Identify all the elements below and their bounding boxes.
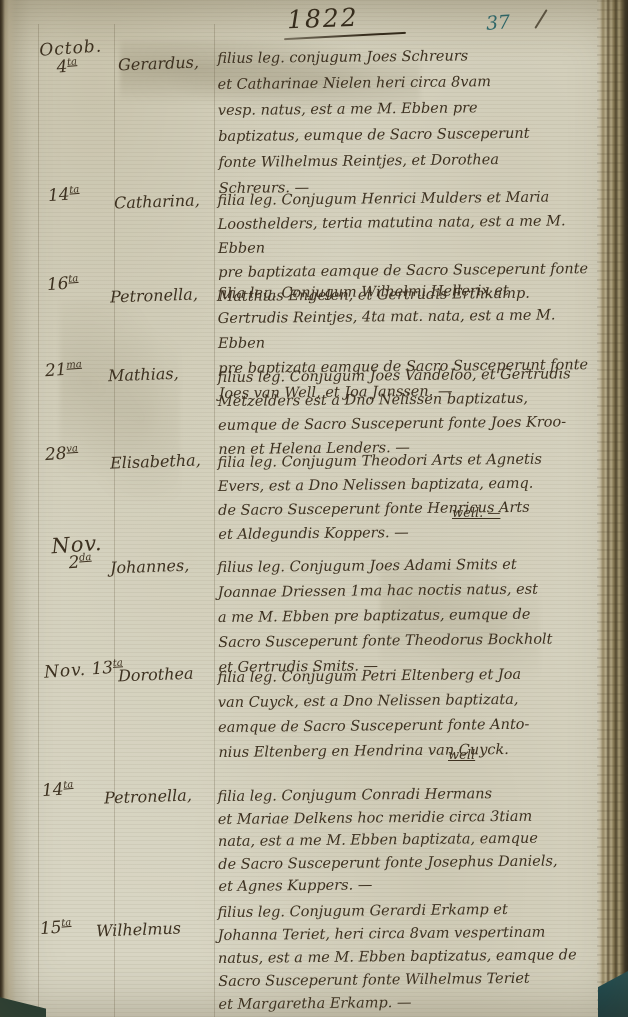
entry-annotation: well. — xyxy=(452,506,500,521)
entry-date: 16ta xyxy=(46,273,79,295)
entry-name: Petronella, xyxy=(110,284,198,306)
entry-date: 21ma xyxy=(44,359,82,382)
entry-name: Mathias, xyxy=(108,364,179,385)
entry-name: Petronella, xyxy=(104,785,192,807)
entry-body: filia leg. Conjugum Theodori Arts et Agn… xyxy=(218,447,603,547)
entry-name: Elisabetha, xyxy=(110,450,201,472)
entry-name: Wilhelmus xyxy=(96,919,182,941)
entry-name: Johannes, xyxy=(110,556,190,578)
entry-body: filius leg. conjugum Joes Schreurs et Ca… xyxy=(217,42,603,202)
entry-date: Nov. 13ta xyxy=(43,657,123,682)
binding-edge xyxy=(0,0,16,1017)
entry-body: filius leg. Conjugum Gerardi Erkamp et J… xyxy=(217,898,602,1017)
entry-annotation: well xyxy=(448,748,475,763)
entry-body: filia leg. Conjugum Conradi Hermans et M… xyxy=(217,782,602,899)
entry-body: filia leg. Conjugum Petri Eltenberg et J… xyxy=(217,662,602,766)
margin-rule-middle xyxy=(114,24,115,1017)
margin-rule-left xyxy=(38,24,39,1017)
stray-pen-mark xyxy=(534,9,547,29)
entry-name: Dorothea xyxy=(118,664,194,686)
entry-name: Gerardus, xyxy=(118,53,200,75)
page-number: 37 xyxy=(485,11,511,35)
entry-date: 15ta xyxy=(39,917,72,939)
year-heading: 1822 xyxy=(287,3,360,34)
register-page-scan: 1822 37 Octob.4ta Gerardus, filius leg. … xyxy=(0,0,628,1017)
entry-date: Nov.2da xyxy=(67,535,105,573)
entry-date: 28va xyxy=(44,443,79,465)
entry-date: 14ta xyxy=(41,779,74,801)
entry-date: Octob.4ta xyxy=(55,38,104,77)
page-stack-lines xyxy=(597,0,628,1017)
entry-date: 14ta xyxy=(47,184,80,206)
margin-rule-text xyxy=(214,24,215,1017)
entry-name: Catharina, xyxy=(114,191,200,213)
